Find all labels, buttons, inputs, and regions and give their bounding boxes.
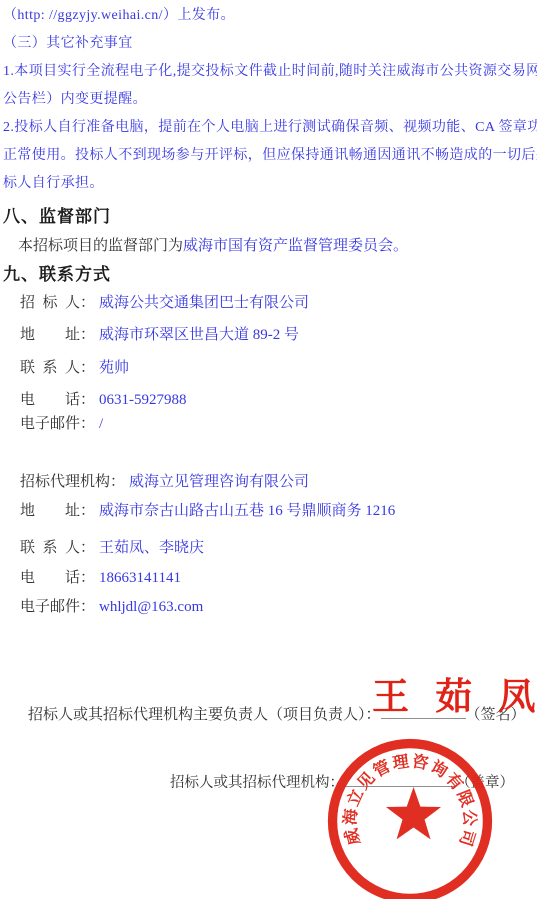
row-value: 威海市奈古山路古山五巷 16 号鼎顺商务 1216 xyxy=(99,503,395,519)
row-label: 地 址： xyxy=(20,327,95,343)
seal-star-icon xyxy=(386,787,441,839)
row-value: 威海立见管理咨询有限公司 xyxy=(129,474,309,490)
paragraph-url-line: （http: //ggzyjy.weihai.cn/）上发布。 xyxy=(3,7,235,24)
paragraph-item2-line1: 2.投标人自行准备电脑，提前在个人电脑上进行测试确保音频、视频功能、CA 签章功… xyxy=(3,119,537,136)
contact-row-agency-address: 地 址：威海市奈古山路古山五巷 16 号鼎顺商务 1216 xyxy=(20,499,395,520)
contact-row-bidder-name: 招 标 人：威海公共交通集团巴士有限公司 xyxy=(20,291,309,312)
contact-row-bidder-phone: 电 话：0631-5927988 xyxy=(20,388,187,409)
supervision-value: 威海市国有资产监督管理委员会。 xyxy=(183,238,408,254)
supervision-body: 本招标项目的监督部门为威海市国有资产监督管理委员会。 xyxy=(18,234,408,255)
contact-row-bidder-person: 联 系 人：苑帅 xyxy=(20,356,129,377)
contact-row-bidder-address: 地 址：威海市环翠区世昌大道 89-2 号 xyxy=(20,323,299,344)
section-heading-contact: 九、联系方式 xyxy=(3,260,111,285)
row-value: whljdl@163.com xyxy=(99,599,203,615)
row-label: 电子邮件： xyxy=(20,599,95,615)
paragraph-item2-line3: 标人自行承担。 xyxy=(3,175,104,192)
paragraph-item1-line1: 1.本项目实行全流程电子化,提交投标文件截止时间前,随时关注威海市公共资源交易网… xyxy=(3,63,537,80)
supervision-prefix: 本招标项目的监督部门为 xyxy=(18,238,183,254)
contact-row-agency-name: 招标代理机构：威海立见管理咨询有限公司 xyxy=(20,470,309,491)
row-value: 威海市环翠区世昌大道 89-2 号 xyxy=(99,327,299,343)
contact-row-bidder-email: 电子邮件：/ xyxy=(20,412,103,433)
company-seal: 威海立见管理咨询有限公司 xyxy=(326,737,494,899)
row-value: 苑帅 xyxy=(99,360,129,376)
seal-graphic: 威海立见管理咨询有限公司 xyxy=(326,737,494,899)
row-value: 18663141141 xyxy=(99,570,181,586)
row-label: 联 系 人： xyxy=(20,360,95,376)
row-value: 0631-5927988 xyxy=(99,392,187,408)
row-label: 电 话： xyxy=(20,392,95,408)
section-heading-supervision: 八、监督部门 xyxy=(3,202,111,227)
handwritten-signature: 王 茹 凤 xyxy=(372,678,537,718)
row-label: 地 址： xyxy=(20,503,95,519)
contact-row-agency-phone: 电 话：18663141141 xyxy=(20,566,181,587)
paragraph-supplement-head: （三）其它补充事宜 xyxy=(3,35,133,52)
row-value: / xyxy=(99,416,103,432)
row-label: 招标代理机构： xyxy=(20,474,125,490)
paragraph-item2-line2: 正常使用。投标人不到现场参与开评标，但应保持通讯畅通因通讯不畅造成的一切后果由投 xyxy=(3,147,537,164)
row-label: 电子邮件： xyxy=(20,416,95,432)
signoff-line1-label: 招标人或其招标代理机构主要负责人（项目负责人）： xyxy=(28,707,381,723)
signoff-line2-label: 招标人或其招标代理机构： xyxy=(170,775,344,791)
row-label: 联 系 人： xyxy=(20,540,95,556)
row-value: 威海公共交通集团巴士有限公司 xyxy=(99,295,309,311)
row-value: 王茹凤、李晓庆 xyxy=(99,540,204,556)
contact-row-agency-email: 电子邮件：whljdl@163.com xyxy=(20,595,203,616)
contact-row-agency-person: 联 系 人：王茹凤、李晓庆 xyxy=(20,536,204,557)
row-label: 电 话： xyxy=(20,570,95,586)
paragraph-item1-line2: 公告栏）内变更提醒。 xyxy=(3,91,147,108)
row-label: 招 标 人： xyxy=(20,295,95,311)
document-page: （http: //ggzyjy.weihai.cn/）上发布。 （三）其它补充事… xyxy=(0,0,537,899)
